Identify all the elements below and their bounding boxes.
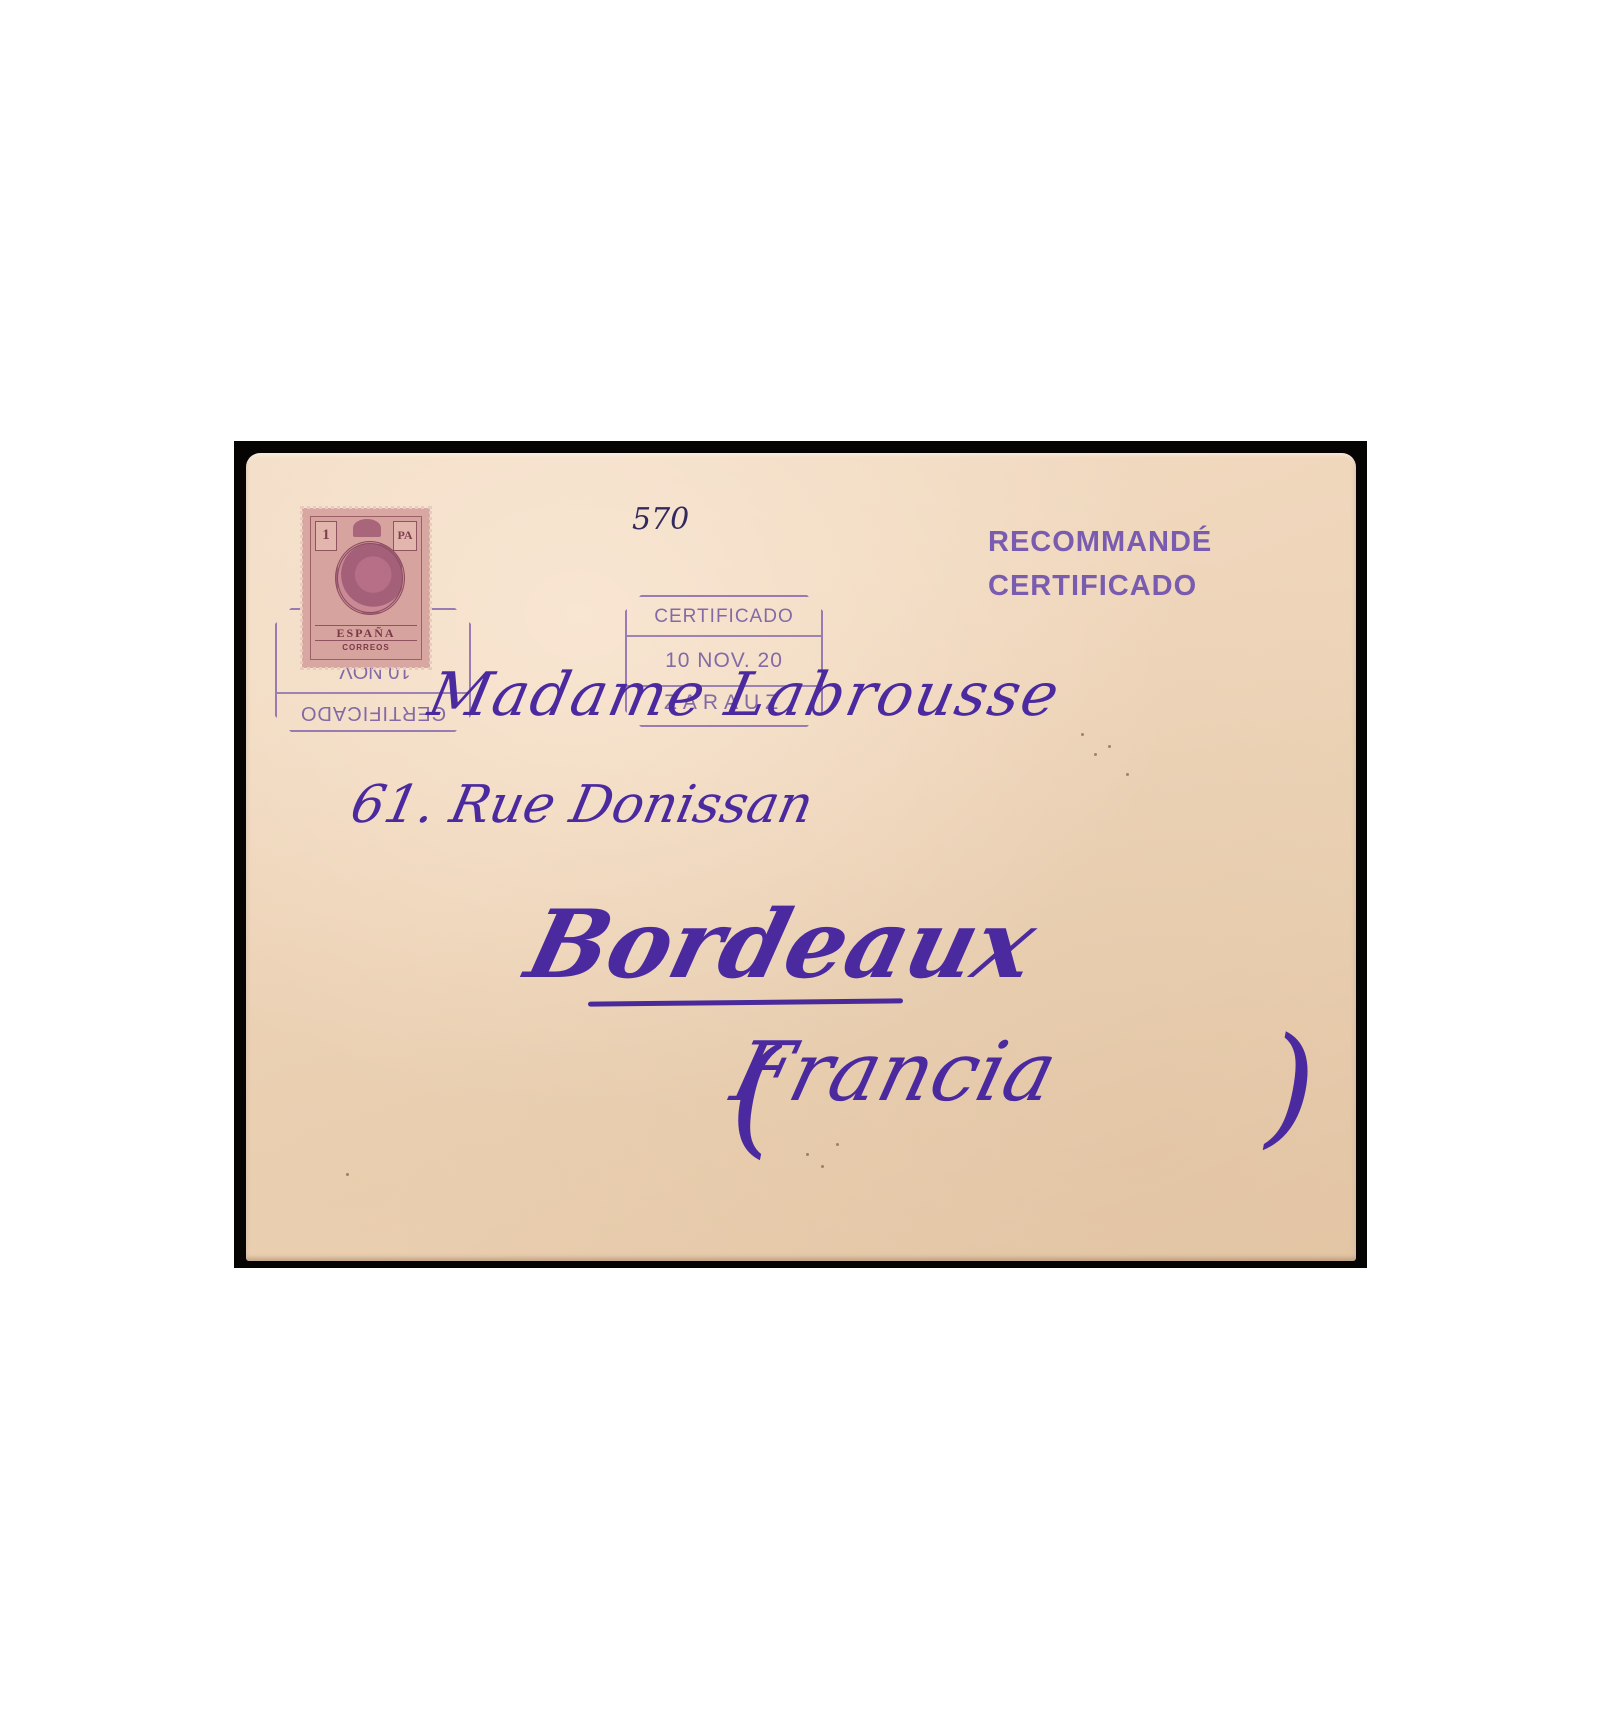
stamp-value-numeral: 1 bbox=[315, 521, 337, 551]
foxing-spot bbox=[1126, 773, 1129, 776]
postage-stamp: 1 PA ESPAÑA CORREOS bbox=[302, 508, 430, 668]
foxing-spot bbox=[346, 1173, 349, 1176]
addressee-name: Madame Labrousse bbox=[423, 660, 1067, 730]
foxing-spot bbox=[1081, 733, 1084, 736]
stamp-frame: 1 PA ESPAÑA CORREOS bbox=[310, 516, 422, 660]
postmark-label: CERTIFICADO bbox=[627, 606, 821, 628]
king-portrait-medallion bbox=[335, 541, 405, 615]
foxing-spot bbox=[821, 1165, 824, 1168]
foxing-spot bbox=[1108, 745, 1111, 748]
foxing-spot bbox=[836, 1143, 839, 1146]
crown-icon bbox=[353, 519, 381, 537]
address-city: Bordeaux bbox=[516, 890, 1046, 1000]
pencil-reference-note: 570 bbox=[632, 502, 689, 537]
foxing-spot bbox=[806, 1153, 809, 1156]
stamp-value-unit: PA bbox=[393, 521, 417, 551]
handstamp-line-spanish: CERTIFICADO bbox=[988, 564, 1212, 608]
registration-handstamp: RECOMMANDÉ CERTIFICADO bbox=[988, 520, 1212, 608]
foxing-spot bbox=[1094, 753, 1097, 756]
postmark-divider bbox=[627, 635, 821, 637]
close-parenthesis: ) bbox=[1265, 1020, 1316, 1150]
handstamp-line-french: RECOMMANDÉ bbox=[988, 520, 1212, 564]
address-street: 61. Rue Donissan bbox=[346, 775, 819, 835]
stamp-country: ESPAÑA bbox=[315, 625, 417, 641]
stamp-label: CORREOS bbox=[311, 643, 421, 652]
address-country: Francia bbox=[723, 1025, 1066, 1120]
